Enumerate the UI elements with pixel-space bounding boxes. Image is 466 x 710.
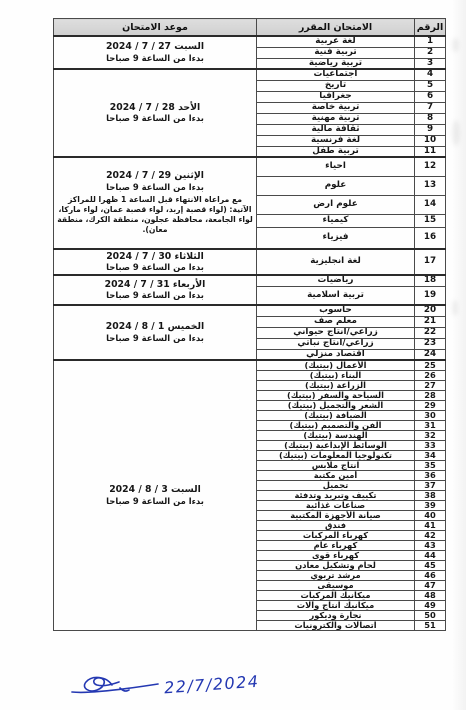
exam-number: 35 (415, 460, 446, 470)
exam-name: لغة عربية (257, 36, 415, 47)
exam-name: تربية اسلامية (257, 286, 415, 305)
exam-date-cell: الأربعاء 31 / 7 / 2024بدءا من الساعة 9 ص… (54, 275, 257, 305)
exam-number: 4 (415, 69, 446, 80)
exam-number: 15 (415, 214, 446, 227)
scan-smudge (452, 38, 459, 52)
exam-name: تربية فنية (257, 47, 415, 58)
exam-name: لغة انجليزية (257, 249, 415, 275)
exam-date-cell: الأحد 28 / 7 / 2024بدءا من الساعة 9 صباح… (54, 69, 257, 157)
exam-number: 31 (415, 420, 446, 430)
exam-number: 24 (415, 349, 446, 360)
exam-number: 51 (415, 620, 446, 630)
exam-number: 26 (415, 370, 446, 380)
exam-number: 5 (415, 80, 446, 91)
exam-start-time: بدءا من الساعة 9 صباحا (54, 263, 256, 272)
exam-name: تربية رياضية (257, 58, 415, 69)
exam-number: 2 (415, 47, 446, 58)
exam-name: أمين مكتبة (257, 470, 415, 480)
exam-date-cell: الخميس 1 / 8 / 2024بدءا من الساعة 9 صباح… (54, 305, 257, 360)
exam-number: 48 (415, 590, 446, 600)
exam-name: اتصالات والكترونيات (257, 620, 415, 630)
exam-date-cell: السبت 27 / 7 / 2024بدءا من الساعة 9 صباح… (54, 36, 257, 69)
exam-number: 21 (415, 316, 446, 327)
scan-smudge (452, 120, 460, 146)
column-header-date: موعد الامتحان (54, 19, 257, 37)
exam-number: 39 (415, 500, 446, 510)
exam-name: الضيافة (بيتيك) (257, 410, 415, 420)
exam-number: 22 (415, 327, 446, 338)
exam-name: الشعر والتجميل (بيتيك) (257, 400, 415, 410)
exam-number: 50 (415, 610, 446, 620)
exam-start-time: بدءا من الساعة 9 صباحا (54, 334, 256, 343)
table-header-row: الرقم الامتحان المقرر موعد الامتحان (54, 19, 446, 37)
exam-number: 23 (415, 338, 446, 349)
exam-row: 4اجتماعياتالأحد 28 / 7 / 2024بدءا من الس… (54, 69, 446, 80)
exam-number: 8 (415, 113, 446, 124)
exam-name: مرشد تربوي (257, 570, 415, 580)
exam-number: 14 (415, 195, 446, 214)
exam-number: 34 (415, 450, 446, 460)
exam-name: تكنولوجيا المعلومات (بيتيك) (257, 450, 415, 460)
exam-name: رياضيات (257, 275, 415, 286)
signature-date: 22/7/2024 (163, 671, 260, 697)
exam-name: ميكانيك المركبات (257, 590, 415, 600)
exam-name: الأعمال (بيتيك) (257, 360, 415, 370)
scan-shading (452, 0, 466, 710)
exam-start-time: بدءا من الساعة 9 صباحا (54, 497, 256, 506)
exam-number: 13 (415, 176, 446, 195)
exam-number: 20 (415, 305, 446, 316)
exam-number: 12 (415, 157, 446, 176)
exam-number: 38 (415, 490, 446, 500)
exam-name: ثقافة مالية (257, 124, 415, 135)
exam-name: البناء (بيتيك) (257, 370, 415, 380)
exam-day: الأربعاء 31 / 7 / 2024 (54, 280, 256, 290)
exam-number: 41 (415, 520, 446, 530)
exam-start-time: بدءا من الساعة 9 صباحا (54, 114, 256, 123)
exam-day: الإثنين 29 / 7 / 2024 (54, 171, 256, 181)
exam-start-time: بدءا من الساعة 9 صباحا (54, 54, 256, 63)
exam-number: 25 (415, 360, 446, 370)
exam-name: ميكانيك انتاج وآلات (257, 600, 415, 610)
exam-number: 30 (415, 410, 446, 420)
exam-number: 29 (415, 400, 446, 410)
exam-name: الهندسة (بيتيك) (257, 430, 415, 440)
exam-date-cell: الثلاثاء 30 / 7 / 2024بدءا من الساعة 9 ص… (54, 249, 257, 275)
exam-name: حاسوب (257, 305, 415, 316)
exam-name: علوم ارض (257, 195, 415, 214)
exam-day: الخميس 1 / 8 / 2024 (54, 322, 256, 332)
exam-number: 3 (415, 58, 446, 69)
exam-date-cell: السبت 3 / 8 / 2024بدءا من الساعة 9 صباحا (54, 360, 257, 630)
exam-name: علوم (257, 176, 415, 195)
exam-name: كيمياء (257, 214, 415, 227)
exam-centers-note: مع مراعاة الانتهاء قبل الساعة 1 ظهرا للم… (54, 195, 256, 235)
exam-number: 7 (415, 102, 446, 113)
exam-number: 40 (415, 510, 446, 520)
exam-name: صيانة الأجهزة المكتبية (257, 510, 415, 520)
exam-row: 25الأعمال (بيتيك)السبت 3 / 8 / 2024بدءا … (54, 360, 446, 370)
scanned-exam-schedule-page: الرقم الامتحان المقرر موعد الامتحان 1لغة… (0, 0, 466, 710)
exam-name: تربية طفل (257, 146, 415, 157)
exam-name: صناعات غذائية (257, 500, 415, 510)
exam-name: فيزياء (257, 227, 415, 249)
exam-name: احياء (257, 157, 415, 176)
exam-number: 10 (415, 135, 446, 146)
exam-name: تجميل (257, 480, 415, 490)
exam-number: 42 (415, 530, 446, 540)
exam-number: 46 (415, 570, 446, 580)
exam-name: كهرباء عام (257, 540, 415, 550)
column-header-number: الرقم (415, 19, 446, 37)
exam-name: فندق (257, 520, 415, 530)
exam-name: تاريخ (257, 80, 415, 91)
signature-area: 22/7/2024 (68, 666, 348, 706)
exam-number: 16 (415, 227, 446, 249)
exam-number: 49 (415, 600, 446, 610)
exam-name: اجتماعيات (257, 69, 415, 80)
exam-name: الزراعة (بيتيك) (257, 380, 415, 390)
exam-name: موسيقى (257, 580, 415, 590)
exam-number: 45 (415, 560, 446, 570)
exam-name: معلم صف (257, 316, 415, 327)
exam-row: 12احياءالإثنين 29 / 7 / 2024بدءا من السا… (54, 157, 446, 176)
exam-name: جغرافيا (257, 91, 415, 102)
exam-name: اقتصاد منزلي (257, 349, 415, 360)
exam-date-cell: الإثنين 29 / 7 / 2024بدءا من الساعة 9 صب… (54, 157, 257, 249)
exam-number: 44 (415, 550, 446, 560)
exam-number: 11 (415, 146, 446, 157)
exam-day: الثلاثاء 30 / 7 / 2024 (54, 252, 256, 262)
signature-scribble-icon (68, 670, 164, 702)
exam-number: 43 (415, 540, 446, 550)
exam-row: 17لغة انجليزيةالثلاثاء 30 / 7 / 2024بدءا… (54, 249, 446, 275)
exam-name: تربية خاصة (257, 102, 415, 113)
exam-day: السبت 3 / 8 / 2024 (54, 485, 256, 495)
exam-number: 47 (415, 580, 446, 590)
exam-schedule-table: الرقم الامتحان المقرر موعد الامتحان 1لغة… (53, 18, 446, 631)
column-header-exam: الامتحان المقرر (257, 19, 415, 37)
exam-name: كهرباء قوى (257, 550, 415, 560)
exam-number: 6 (415, 91, 446, 102)
exam-name: السياحة والسفر (بيتيك) (257, 390, 415, 400)
exam-row: 18رياضياتالأربعاء 31 / 7 / 2024بدءا من ا… (54, 275, 446, 286)
exam-row: 1لغة عربيةالسبت 27 / 7 / 2024بدءا من الس… (54, 36, 446, 47)
exam-number: 33 (415, 440, 446, 450)
exam-number: 32 (415, 430, 446, 440)
exam-name: لحام وتشكيل معادن (257, 560, 415, 570)
exam-day: الأحد 28 / 7 / 2024 (54, 103, 256, 113)
exam-name: زراعي/انتاج نباتي (257, 338, 415, 349)
exam-name: كهرباء المركبات (257, 530, 415, 540)
exam-number: 9 (415, 124, 446, 135)
exam-name: انتاج ملابس (257, 460, 415, 470)
exam-number: 37 (415, 480, 446, 490)
exam-start-time: بدءا من الساعة 9 صباحا (54, 291, 256, 300)
exam-number: 28 (415, 390, 446, 400)
exam-name: الفن والتصميم (بيتيك) (257, 420, 415, 430)
exam-name: نجارة وديكور (257, 610, 415, 620)
exam-name: تربية مهنية (257, 113, 415, 124)
exam-number: 18 (415, 275, 446, 286)
exam-day: السبت 27 / 7 / 2024 (54, 42, 256, 52)
scan-smudge (452, 300, 458, 316)
exam-start-time: بدءا من الساعة 9 صباحا (54, 183, 256, 192)
exam-name: زراعي/انتاج حيواني (257, 327, 415, 338)
exam-number: 17 (415, 249, 446, 275)
exam-name: الوسائط الإبداعية (بيتيك) (257, 440, 415, 450)
exam-number: 1 (415, 36, 446, 47)
exam-name: تكييف وتبريد وتدفئة (257, 490, 415, 500)
exam-number: 19 (415, 286, 446, 305)
exam-name: لغة فرنسية (257, 135, 415, 146)
exam-number: 36 (415, 470, 446, 480)
exam-number: 27 (415, 380, 446, 390)
exam-row: 20حاسوبالخميس 1 / 8 / 2024بدءا من الساعة… (54, 305, 446, 316)
